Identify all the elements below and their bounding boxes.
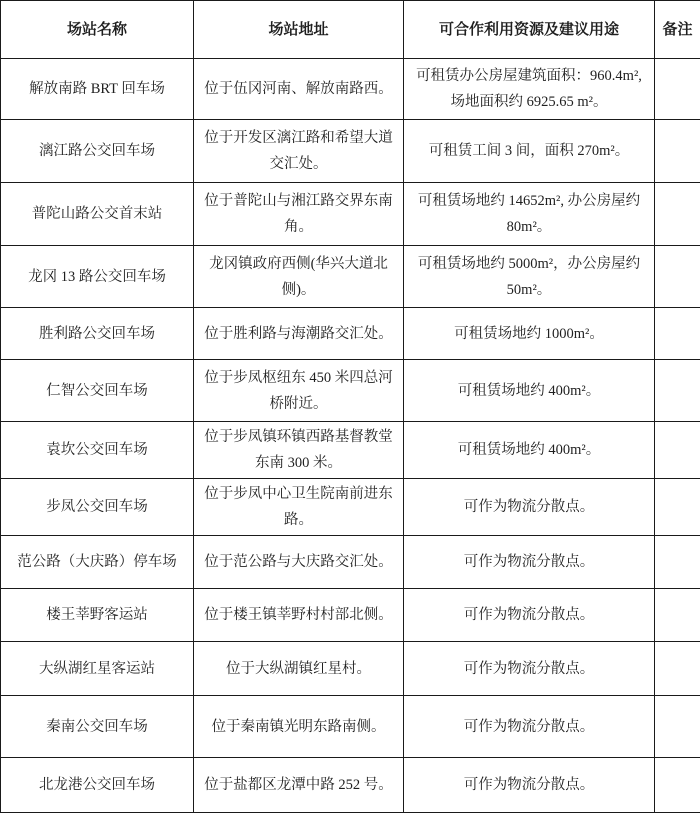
resource-cell: 可作为物流分散点。 <box>404 589 655 642</box>
table-row: 仁智公交回车场 位于步凤枢纽东 450 米四总河桥附近。 可租赁场地约 400m… <box>1 360 700 422</box>
resource-cell: 可作为物流分散点。 <box>404 536 655 589</box>
document-page: 场站名称 场站地址 可合作利用资源及建议用途 备注 解放南路 BRT 回车场 位… <box>0 0 700 812</box>
resource-cell: 可租赁场地约 14652m², 办公房屋约 80m²。 <box>404 183 655 246</box>
station-address-cell: 位于普陀山与湘江路交界东南角。 <box>194 183 404 246</box>
table-row: 漓江路公交回车场 位于开发区漓江路和希望大道交汇处。 可租赁工间 3 间，面积 … <box>1 120 700 183</box>
station-name-cell: 袁坎公交回车场 <box>1 422 194 479</box>
table-row: 解放南路 BRT 回车场 位于伍冈河南、解放南路西。 可租赁办公房屋建筑面积：9… <box>1 59 700 120</box>
resource-cell: 可作为物流分散点。 <box>404 696 655 758</box>
remark-cell <box>655 642 700 696</box>
header-remark: 备注 <box>655 1 700 59</box>
resource-cell: 可租赁工间 3 间，面积 270m²。 <box>404 120 655 183</box>
resource-cell: 可作为物流分散点。 <box>404 642 655 696</box>
station-name-cell: 北龙港公交回车场 <box>1 758 194 813</box>
station-name-cell: 秦南公交回车场 <box>1 696 194 758</box>
remark-cell <box>655 246 700 308</box>
remark-cell <box>655 696 700 758</box>
table-header-row: 场站名称 场站地址 可合作利用资源及建议用途 备注 <box>1 1 700 59</box>
station-name-cell: 大纵湖红星客运站 <box>1 642 194 696</box>
header-station-name: 场站名称 <box>1 1 194 59</box>
table-row: 北龙港公交回车场 位于盐都区龙潭中路 252 号。 可作为物流分散点。 <box>1 758 700 813</box>
station-name-cell: 楼王莘野客运站 <box>1 589 194 642</box>
remark-cell <box>655 59 700 120</box>
resource-cell: 可作为物流分散点。 <box>404 758 655 813</box>
header-station-address: 场站地址 <box>194 1 404 59</box>
station-address-cell: 位于步凤枢纽东 450 米四总河桥附近。 <box>194 360 404 422</box>
table-row: 普陀山路公交首末站 位于普陀山与湘江路交界东南角。 可租赁场地约 14652m²… <box>1 183 700 246</box>
resource-cell: 可租赁办公房屋建筑面积：960.4m², 场地面积约 6925.65 m²。 <box>404 59 655 120</box>
remark-cell <box>655 120 700 183</box>
table-row: 胜利路公交回车场 位于胜利路与海潮路交汇处。 可租赁场地约 1000m²。 <box>1 308 700 360</box>
resource-cell: 可租赁场地约 400m²。 <box>404 360 655 422</box>
station-address-cell: 位于范公路与大庆路交汇处。 <box>194 536 404 589</box>
remark-cell <box>655 360 700 422</box>
table-row: 秦南公交回车场 位于秦南镇光明东路南侧。 可作为物流分散点。 <box>1 696 700 758</box>
resource-cell: 可租赁场地约 5000m²，办公房屋约 50m²。 <box>404 246 655 308</box>
station-address-cell: 位于胜利路与海潮路交汇处。 <box>194 308 404 360</box>
table-row: 步凤公交回车场 位于步凤中心卫生院南前进东路。 可作为物流分散点。 <box>1 479 700 536</box>
station-name-cell: 普陀山路公交首末站 <box>1 183 194 246</box>
station-address-cell: 位于盐都区龙潭中路 252 号。 <box>194 758 404 813</box>
station-name-cell: 仁智公交回车场 <box>1 360 194 422</box>
table-row: 大纵湖红星客运站 位于大纵湖镇红星村。 可作为物流分散点。 <box>1 642 700 696</box>
table-row: 范公路（大庆路）停车场 位于范公路与大庆路交汇处。 可作为物流分散点。 <box>1 536 700 589</box>
header-resource: 可合作利用资源及建议用途 <box>404 1 655 59</box>
station-address-cell: 位于步凤镇环镇西路基督教堂东南 300 米。 <box>194 422 404 479</box>
table-row: 袁坎公交回车场 位于步凤镇环镇西路基督教堂东南 300 米。 可租赁场地约 40… <box>1 422 700 479</box>
remark-cell <box>655 589 700 642</box>
table-row: 楼王莘野客运站 位于楼王镇莘野村村部北侧。 可作为物流分散点。 <box>1 589 700 642</box>
station-name-cell: 龙冈 13 路公交回车场 <box>1 246 194 308</box>
station-resource-table: 场站名称 场站地址 可合作利用资源及建议用途 备注 解放南路 BRT 回车场 位… <box>0 0 700 813</box>
resource-cell: 可作为物流分散点。 <box>404 479 655 536</box>
station-address-cell: 位于伍冈河南、解放南路西。 <box>194 59 404 120</box>
remark-cell <box>655 479 700 536</box>
remark-cell <box>655 536 700 589</box>
station-address-cell: 位于大纵湖镇红星村。 <box>194 642 404 696</box>
station-name-cell: 步凤公交回车场 <box>1 479 194 536</box>
station-address-cell: 位于开发区漓江路和希望大道交汇处。 <box>194 120 404 183</box>
station-address-cell: 位于楼王镇莘野村村部北侧。 <box>194 589 404 642</box>
station-name-cell: 范公路（大庆路）停车场 <box>1 536 194 589</box>
remark-cell <box>655 183 700 246</box>
station-name-cell: 胜利路公交回车场 <box>1 308 194 360</box>
station-address-cell: 位于秦南镇光明东路南侧。 <box>194 696 404 758</box>
station-address-cell: 龙冈镇政府西侧(华兴大道北侧)。 <box>194 246 404 308</box>
resource-cell: 可租赁场地约 1000m²。 <box>404 308 655 360</box>
table-row: 龙冈 13 路公交回车场 龙冈镇政府西侧(华兴大道北侧)。 可租赁场地约 500… <box>1 246 700 308</box>
station-name-cell: 解放南路 BRT 回车场 <box>1 59 194 120</box>
station-name-cell: 漓江路公交回车场 <box>1 120 194 183</box>
station-address-cell: 位于步凤中心卫生院南前进东路。 <box>194 479 404 536</box>
remark-cell <box>655 308 700 360</box>
remark-cell <box>655 758 700 813</box>
resource-cell: 可租赁场地约 400m²。 <box>404 422 655 479</box>
remark-cell <box>655 422 700 479</box>
